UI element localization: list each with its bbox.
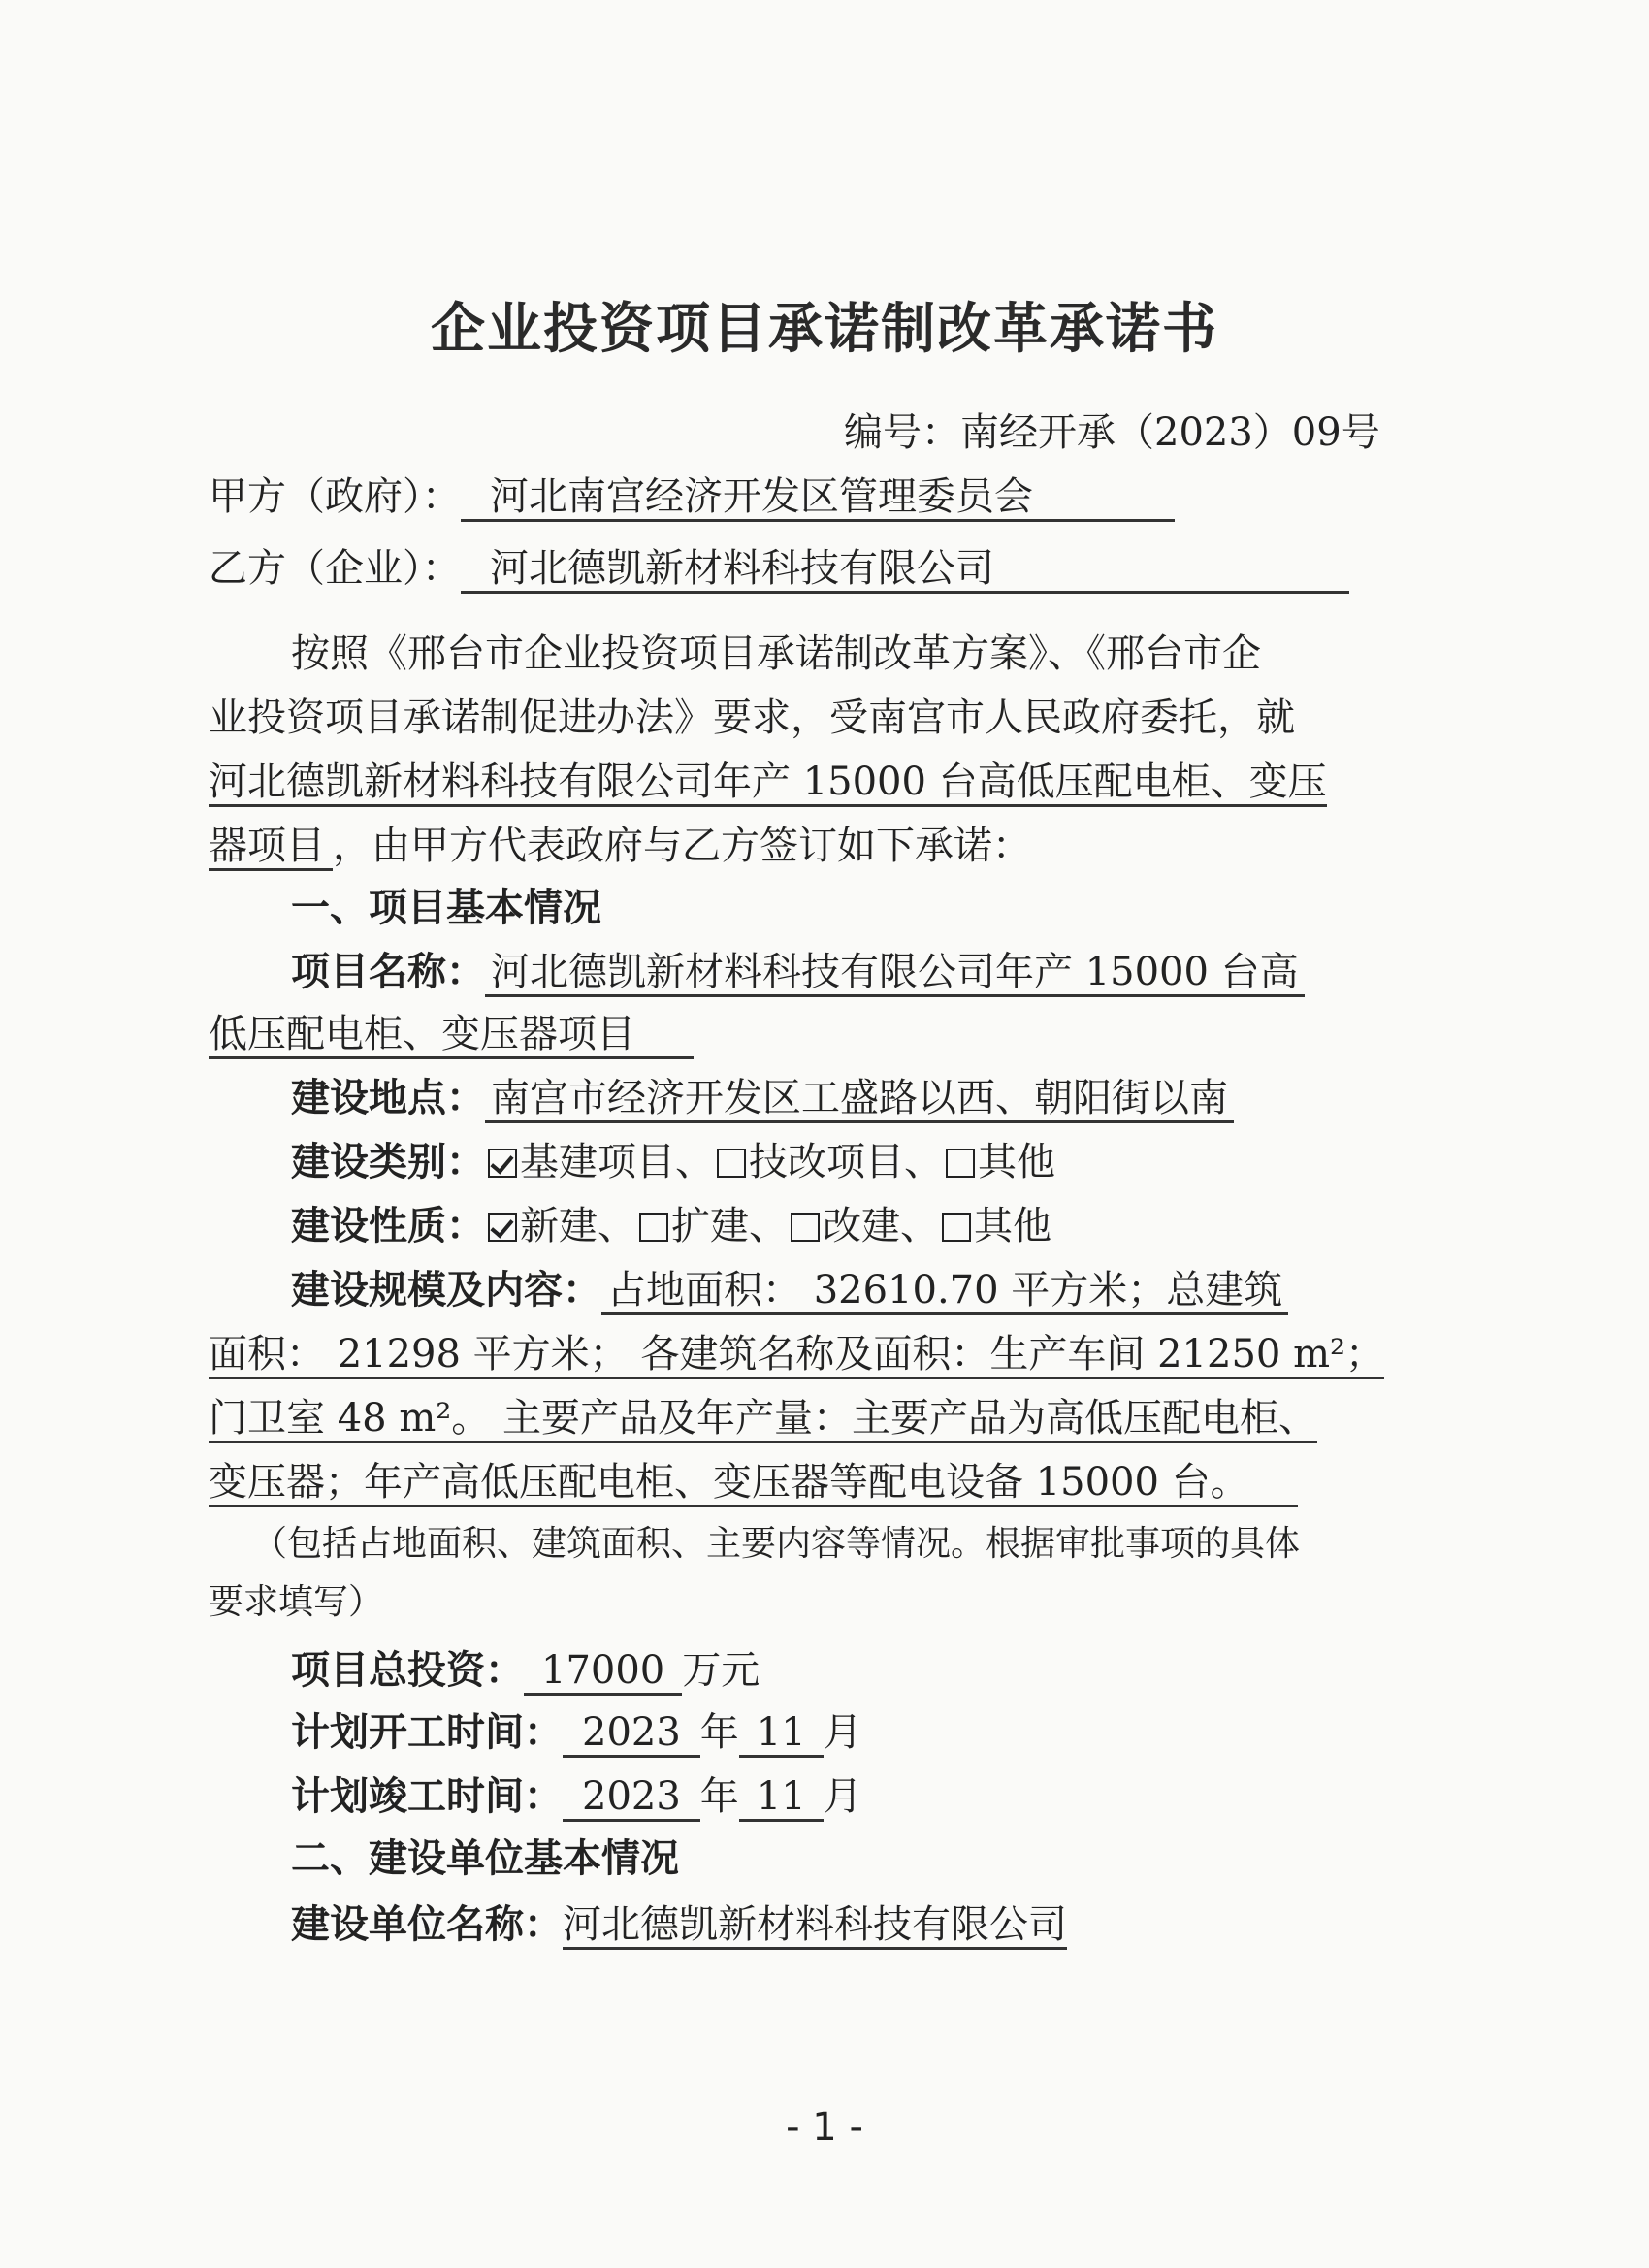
project-name-row: 项目名称：河北德凯新材料科技有限公司年产 15000 台高	[291, 947, 1305, 997]
intro-line-1: 按照《邢台市企业投资项目承诺制改革方案》、《邢台市企	[291, 629, 1261, 679]
separator: 、	[749, 1204, 788, 1248]
checkbox-infrastructure[interactable]	[488, 1149, 517, 1178]
intro-line-4: 器项目，由甲方代表政府与乙方签订如下承诺：	[209, 821, 1031, 871]
location-label: 建设地点：	[291, 1076, 485, 1120]
note-line-2: 要求填写）	[209, 1577, 383, 1628]
category-row: 建设类别：基建项目、技改项目、其他	[291, 1137, 1055, 1187]
party-a-value: 河北南宫经济开发区管理委员会	[461, 474, 1175, 522]
month-unit: 月	[824, 1774, 862, 1819]
project-title-underlined-end: 器项目	[209, 824, 333, 871]
document-number: 编号：南经开承（2023）09号	[844, 407, 1380, 458]
scale-value-1: 占地面积： 32610.70 平方米；总建筑	[601, 1268, 1288, 1315]
start-row: 计划开工时间：2023年11月	[291, 1707, 862, 1758]
scale-value-4: 变压器；年产高低压配电柜、变压器等配电设备 15000 台。	[209, 1460, 1298, 1507]
investment-value: 17000	[524, 1648, 682, 1696]
year-unit: 年	[700, 1774, 739, 1819]
scale-row-3: 门卫室 48 m²。 主要产品及年产量：主要产品为高低压配电柜、	[209, 1393, 1317, 1443]
separator: 、	[904, 1140, 943, 1184]
option-infrastructure: 基建项目	[520, 1140, 675, 1184]
project-name-value-2: 低压配电柜、变压器项目	[209, 1012, 694, 1059]
project-title-underlined: 河北德凯新材料科技有限公司年产 15000 台高低压配电柜、变压	[209, 760, 1327, 807]
start-label: 计划开工时间：	[291, 1710, 563, 1755]
section-1-heading: 一、项目基本情况	[291, 883, 601, 933]
project-name-row-2: 低压配电柜、变压器项目	[209, 1009, 694, 1059]
nature-label: 建设性质：	[291, 1204, 485, 1248]
party-a-label: 甲方（政府）：	[209, 474, 461, 519]
party-b-row: 乙方（企业）：河北德凯新材料科技有限公司	[209, 543, 1349, 594]
location-value: 南宫市经济开发区工盛路以西、朝阳街以南	[485, 1076, 1234, 1123]
intro-line-2: 业投资项目承诺制促进办法》要求，受南宫市人民政府委托，就	[209, 693, 1295, 743]
document-title: 企业投资项目承诺制改革承诺书	[0, 286, 1649, 364]
project-name-label: 项目名称：	[291, 950, 485, 994]
separator: 、	[675, 1140, 714, 1184]
investment-unit: 万元	[682, 1648, 760, 1693]
separator: 、	[900, 1204, 939, 1248]
option-new: 新建	[520, 1204, 598, 1248]
investment-label: 项目总投资：	[291, 1648, 524, 1693]
option-category-other: 其他	[978, 1140, 1055, 1184]
month-unit: 月	[824, 1710, 862, 1755]
intro-line-3: 河北德凯新材料科技有限公司年产 15000 台高低压配电柜、变压	[209, 757, 1327, 807]
option-rebuild: 改建	[823, 1204, 900, 1248]
end-label: 计划竣工时间：	[291, 1774, 563, 1819]
scale-row: 建设规模及内容：占地面积： 32610.70 平方米；总建筑	[291, 1265, 1288, 1315]
checkbox-renovation[interactable]	[717, 1149, 746, 1178]
category-label: 建设类别：	[291, 1140, 485, 1184]
start-month: 11	[739, 1710, 824, 1758]
location-row: 建设地点：南宫市经济开发区工盛路以西、朝阳街以南	[291, 1073, 1234, 1123]
checkbox-category-other[interactable]	[946, 1149, 975, 1178]
option-expand: 扩建	[671, 1204, 749, 1248]
project-name-value-1: 河北德凯新材料科技有限公司年产 15000 台高	[485, 950, 1305, 997]
party-b-value: 河北德凯新材料科技有限公司	[461, 546, 1349, 594]
end-year: 2023	[563, 1774, 700, 1822]
checkbox-rebuild[interactable]	[791, 1213, 820, 1242]
option-renovation: 技改项目	[749, 1140, 904, 1184]
checkbox-expand[interactable]	[639, 1213, 668, 1242]
nature-row: 建设性质：新建、扩建、改建、其他	[291, 1201, 1051, 1251]
section-2-heading: 二、建设单位基本情况	[291, 1833, 679, 1884]
unit-name-row: 建设单位名称：河北德凯新材料科技有限公司	[291, 1899, 1067, 1950]
checkbox-nature-other[interactable]	[942, 1213, 971, 1242]
separator: 、	[598, 1204, 636, 1248]
investment-row: 项目总投资：17000万元	[291, 1645, 760, 1696]
start-year: 2023	[563, 1710, 700, 1758]
party-a-row: 甲方（政府）：河北南宫经济开发区管理委员会	[209, 471, 1175, 522]
year-unit: 年	[700, 1710, 739, 1755]
option-nature-other: 其他	[974, 1204, 1051, 1248]
scale-value-3: 门卫室 48 m²。 主要产品及年产量：主要产品为高低压配电柜、	[209, 1396, 1317, 1443]
party-b-label: 乙方（企业）：	[209, 546, 461, 591]
unit-name-value: 河北德凯新材料科技有限公司	[563, 1902, 1067, 1950]
checkbox-new[interactable]	[488, 1213, 517, 1242]
scale-value-2: 面积： 21298 平方米； 各建筑名称及面积：生产车间 21250 m²；	[209, 1332, 1384, 1379]
unit-name-label: 建设单位名称：	[291, 1902, 563, 1947]
scale-row-2: 面积： 21298 平方米； 各建筑名称及面积：生产车间 21250 m²；	[209, 1329, 1384, 1379]
intro-line-4-rest: ，由甲方代表政府与乙方签订如下承诺：	[333, 824, 1031, 868]
end-row: 计划竣工时间：2023年11月	[291, 1771, 862, 1822]
note-line-1: （包括占地面积、建筑面积、主要内容等情况。根据审批事项的具体	[252, 1519, 1300, 1570]
document-page: 企业投资项目承诺制改革承诺书 编号：南经开承（2023）09号 甲方（政府）：河…	[0, 0, 1649, 2268]
end-month: 11	[739, 1774, 824, 1822]
scale-label: 建设规模及内容：	[291, 1268, 601, 1312]
page-number: - 1 -	[0, 2105, 1649, 2150]
scale-row-4: 变压器；年产高低压配电柜、变压器等配电设备 15000 台。	[209, 1457, 1298, 1507]
